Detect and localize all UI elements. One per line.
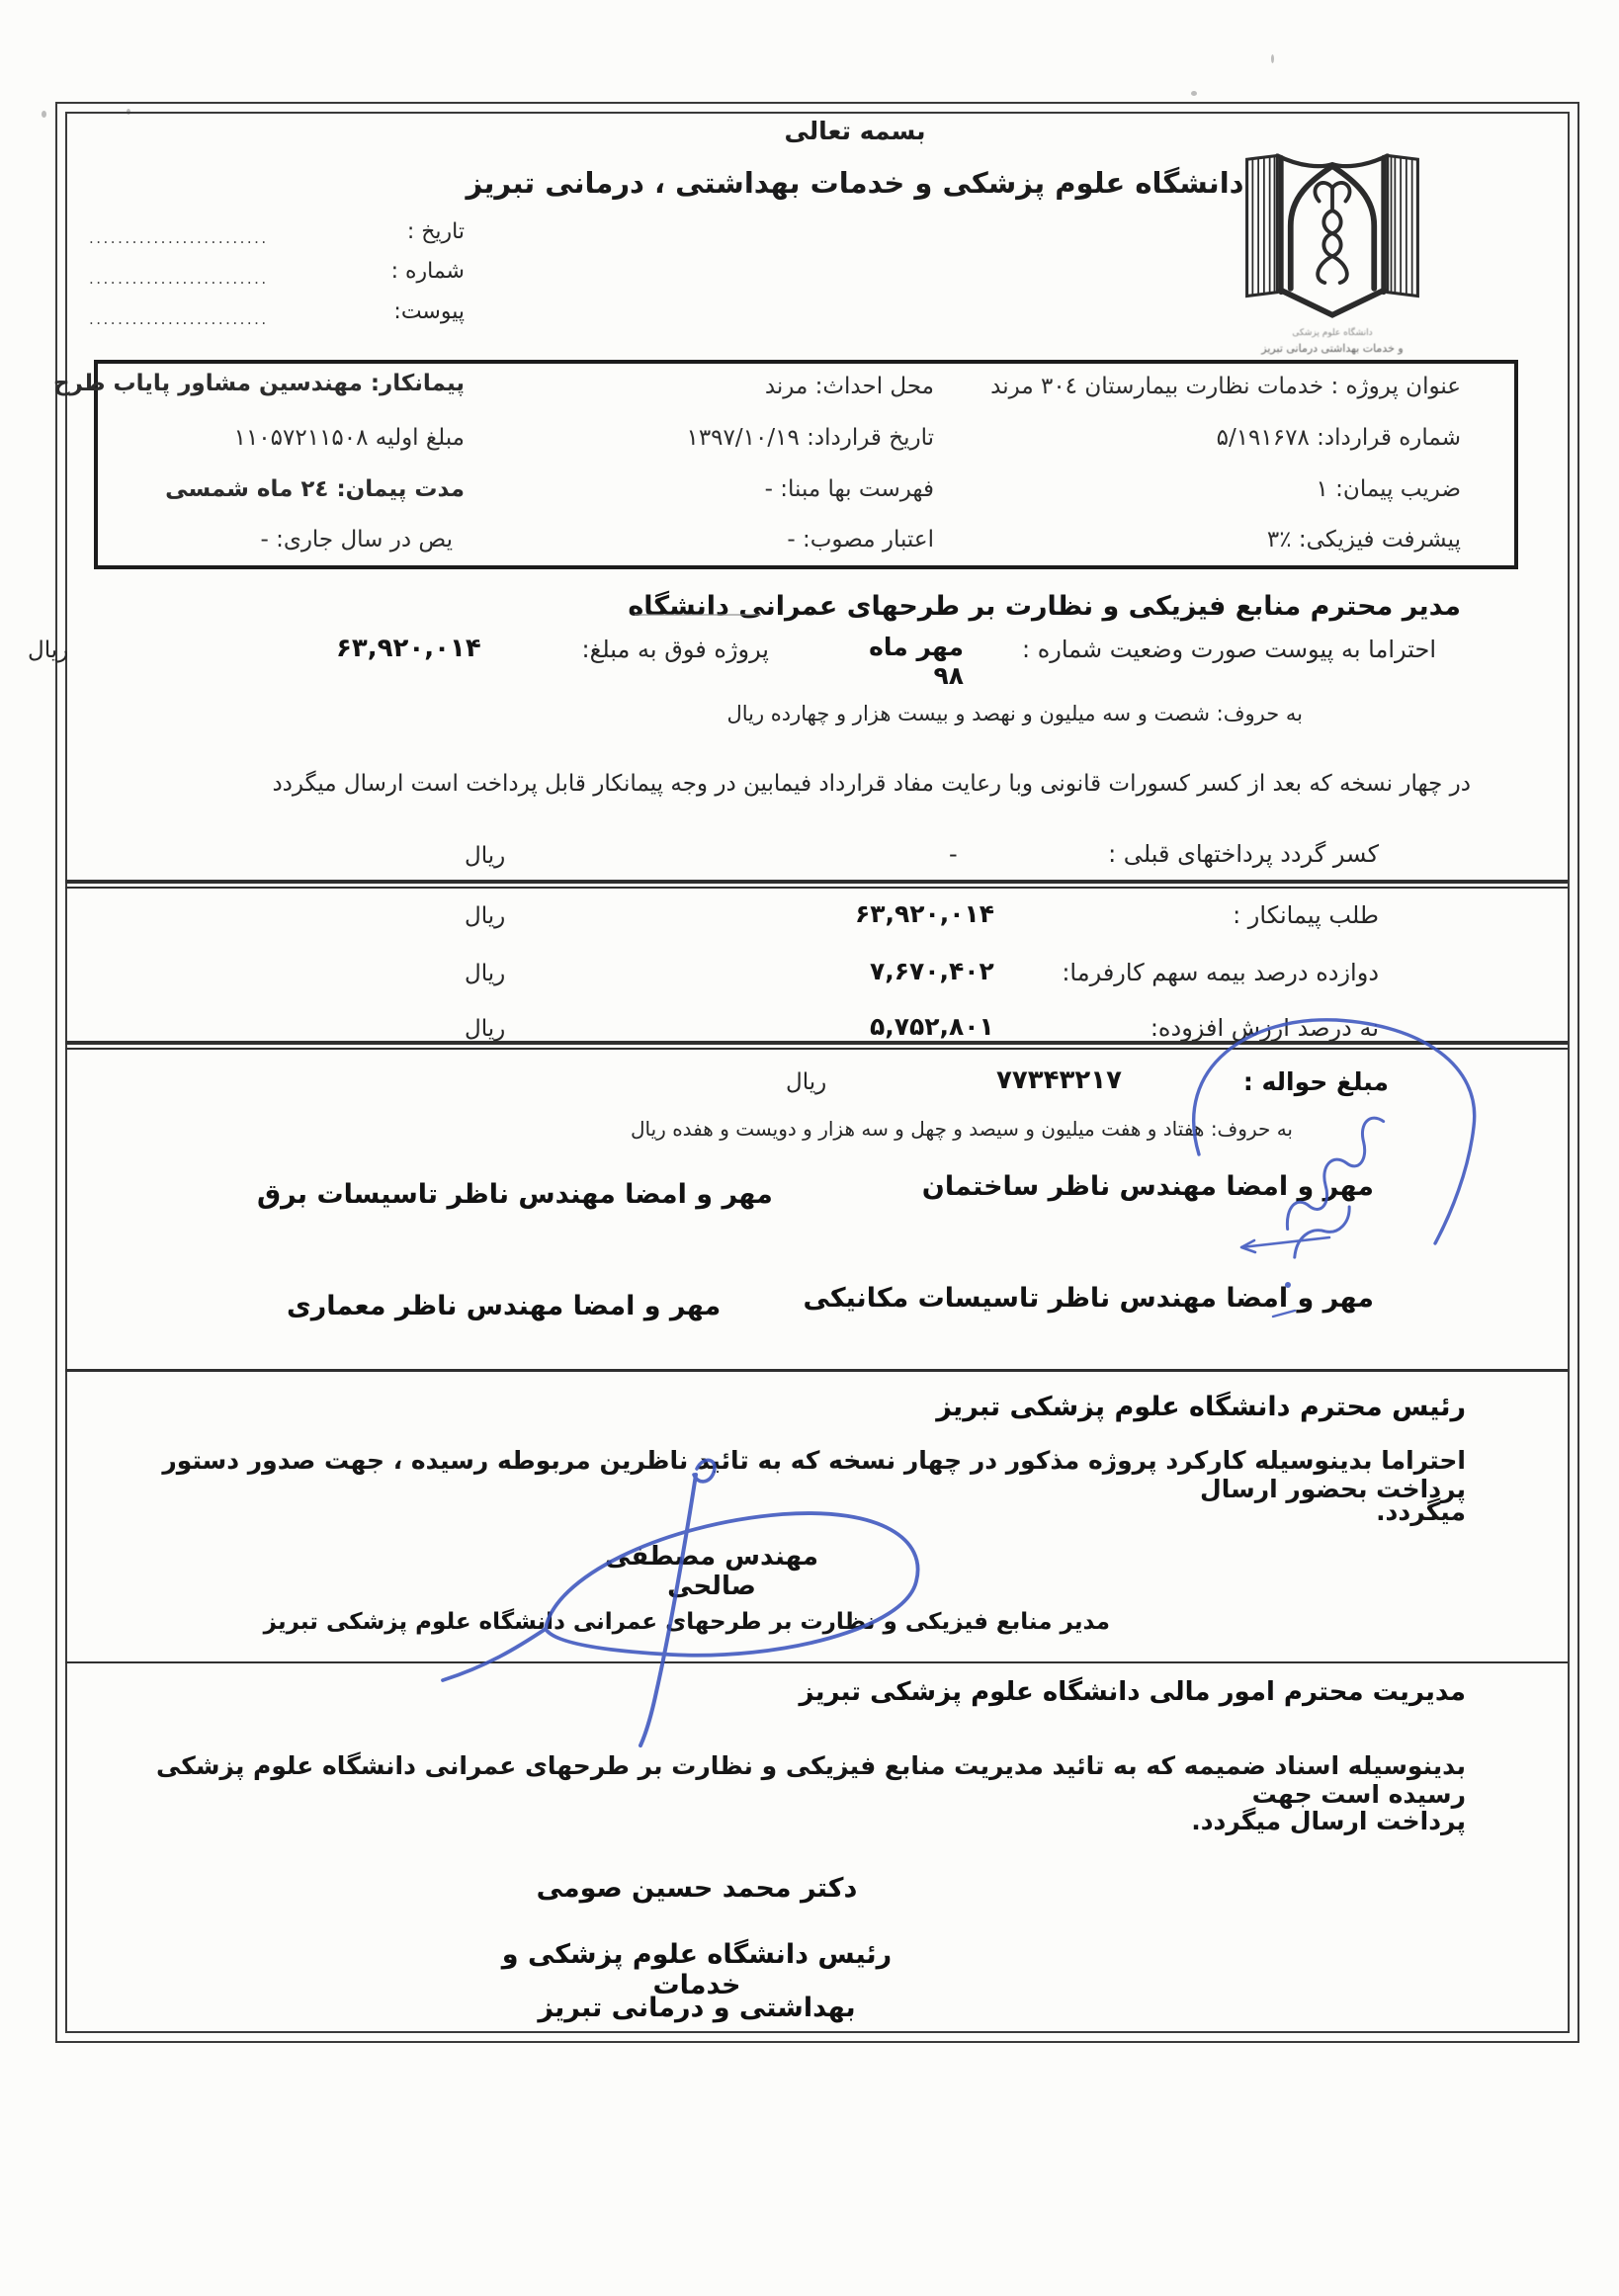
intro-text: احتراما به پیوست صورت وضعیت شماره :	[1022, 636, 1436, 663]
contractor-claim-value: ۶۳,۹۲۰,۰۱۴	[855, 899, 1067, 928]
scan-speck	[1191, 91, 1197, 96]
previous-payments-value: -	[949, 840, 958, 868]
project-title-cell: عنوان پروژه : خدمات نظارت بیمارستان ۳۰٤ …	[990, 374, 1461, 399]
vat-value: ۵,۷۵۲,۸۰۱	[870, 1012, 1058, 1041]
finance-section-body2: پرداخت ارسال میگردد.	[1191, 1807, 1466, 1835]
contractor-cell: پیمانکار: مهندسین مشاور پایاب طرح	[53, 371, 465, 396]
vat-label: نه درصد ارزش افزوده:	[1150, 1014, 1379, 1042]
university-president-name: دکتر محمد حسین صومی	[524, 1873, 870, 1904]
insurance-share-value: ۷,۶۷۰,۴۰۲	[870, 957, 1058, 985]
scan-speck	[42, 111, 46, 118]
finance-section-body: بدینوسیله اسناد ضمیمه که به تائید مدیریت…	[109, 1751, 1466, 1809]
transfer-amount-value: ۷۷۳۴۳۲۱۷	[996, 1065, 1154, 1095]
number-dotted-line: .........................	[89, 270, 269, 288]
contractor-claim-label: طلب پیمانکار :	[1233, 901, 1379, 929]
rial-unit: ریال	[465, 961, 505, 986]
copies-note: در چهار نسخه که بعد از کسر کسورات قانونی…	[272, 771, 1471, 797]
approved-credit-cell: اعتبار مصوب: -	[787, 527, 934, 553]
construction-site-cell: محل احداث: مرند	[765, 374, 934, 399]
logo-caption-line2: و خدمات بهداشتی درمانی تبریز	[1216, 342, 1449, 355]
rial-unit: ریال	[465, 903, 505, 929]
scan-speck	[1271, 54, 1274, 63]
mechanical-supervisor-signature-label: مهر و امضا مهندس ناظر تاسیسات مکانیکی	[804, 1283, 1374, 1314]
section-divider	[65, 1048, 1568, 1050]
rial-unit: ریال	[465, 843, 505, 869]
amount-in-words: به حروف: شصت و سه میلیون و نهصد و بیست ه…	[726, 702, 1303, 725]
scanned-letter-page: بسمه تعالی دانشگاه علوم پزشکی و خدمات به…	[0, 0, 1619, 2296]
president-section-heading: رئیس محترم دانشگاه علوم پزشکی تبریز	[936, 1392, 1466, 1422]
university-logo-icon	[1237, 138, 1427, 336]
rial-unit: ریال	[786, 1069, 826, 1095]
amount-label: پروژه فوق به مبلغ:	[542, 636, 769, 663]
logo-caption-line1: دانشگاه علوم پزشکی	[1226, 328, 1439, 338]
recipient-heading: مدیر محترم منابع فیزیکی و نظارت بر طرحها…	[628, 591, 1461, 622]
price-list-cell: فهرست بها مبنا: -	[765, 476, 934, 502]
architecture-supervisor-signature-label: مهر و امضا مهندس ناظر معماری	[287, 1291, 721, 1321]
university-president-title1: رئیس دانشگاه علوم پزشکی و خدمات	[474, 1939, 919, 2000]
finance-section-heading: مدیریت محترم امور مالی دانشگاه علوم پزشک…	[800, 1677, 1466, 1707]
rial-unit: ریال	[465, 1016, 505, 1042]
number-label: شماره :	[331, 259, 465, 284]
rial-unit: ریال	[28, 638, 68, 663]
building-supervisor-signature-label: مهر و امضا مهندس ناظر ساختمان	[922, 1171, 1374, 1202]
heading-trailing-dash	[635, 614, 761, 616]
section-divider	[65, 887, 1568, 889]
university-president-title2: بهداشتی و درمانی تبریز	[534, 1993, 860, 2023]
transfer-amount-label: مبلغ حواله :	[1243, 1067, 1389, 1096]
section-divider	[65, 1041, 1568, 1045]
resources-director-title: مدیر منابع فیزیکی و نظارت بر طرحهای عمرا…	[264, 1609, 1110, 1635]
section-divider	[65, 880, 1568, 884]
current-year-allocation-cell: یص در سال جاری: -	[260, 527, 453, 553]
resources-director-name: مهندس مصطفی صالحی	[563, 1542, 860, 1601]
attachment-label: پیوست:	[341, 299, 465, 324]
initial-amount-cell: مبلغ اولیه ۱۱۰۵۷۲۱۱۵۰۸	[234, 425, 465, 451]
previous-payments-label: کسر گردد پرداختهای قبلی :	[1108, 840, 1379, 868]
contract-date-cell: تاریخ قرارداد: ۱۳۹۷/۱۰/۱۹	[686, 425, 934, 451]
transfer-amount-in-words: به حروف: هفتاد و هفت میلیون و سیصد و چهل…	[631, 1117, 1293, 1141]
electrical-supervisor-signature-label: مهر و امضا مهندس ناظر تاسیسات برق	[257, 1179, 773, 1210]
university-title: دانشگاه علوم پزشکی و خدمات بهداشتی ، درم…	[465, 166, 1245, 200]
president-section-body2: میگردد.	[1376, 1497, 1466, 1526]
date-label: تاریخ :	[336, 219, 465, 244]
amount-value: ۶۳,۹۲۰,۰۱۴	[336, 634, 484, 663]
insurance-share-label: دوازده درصد بیمه سهم کارفرما:	[1062, 959, 1379, 986]
date-dotted-line: .........................	[89, 229, 269, 247]
contract-number-cell: شماره قرارداد: ۵/۱۹۱۶۷۸	[1217, 425, 1461, 451]
president-section-body: احتراما بدینوسیله کارکرد پروژه مذکور در …	[109, 1446, 1466, 1503]
section-divider	[65, 1661, 1568, 1663]
section-divider	[65, 1369, 1568, 1372]
statement-period: مهر ماه ۹۸	[845, 633, 964, 690]
contract-duration-cell: مدت پیمان: ۲٤ ماه شمسی	[165, 476, 465, 502]
besmele-text: بسمه تعالی	[726, 117, 983, 145]
attachment-dotted-line: .........................	[89, 310, 269, 328]
physical-progress-cell: پیشرفت فیزیکی: ٪۳	[1267, 527, 1461, 553]
contract-factor-cell: ضریب پیمان: ۱	[1317, 476, 1461, 502]
